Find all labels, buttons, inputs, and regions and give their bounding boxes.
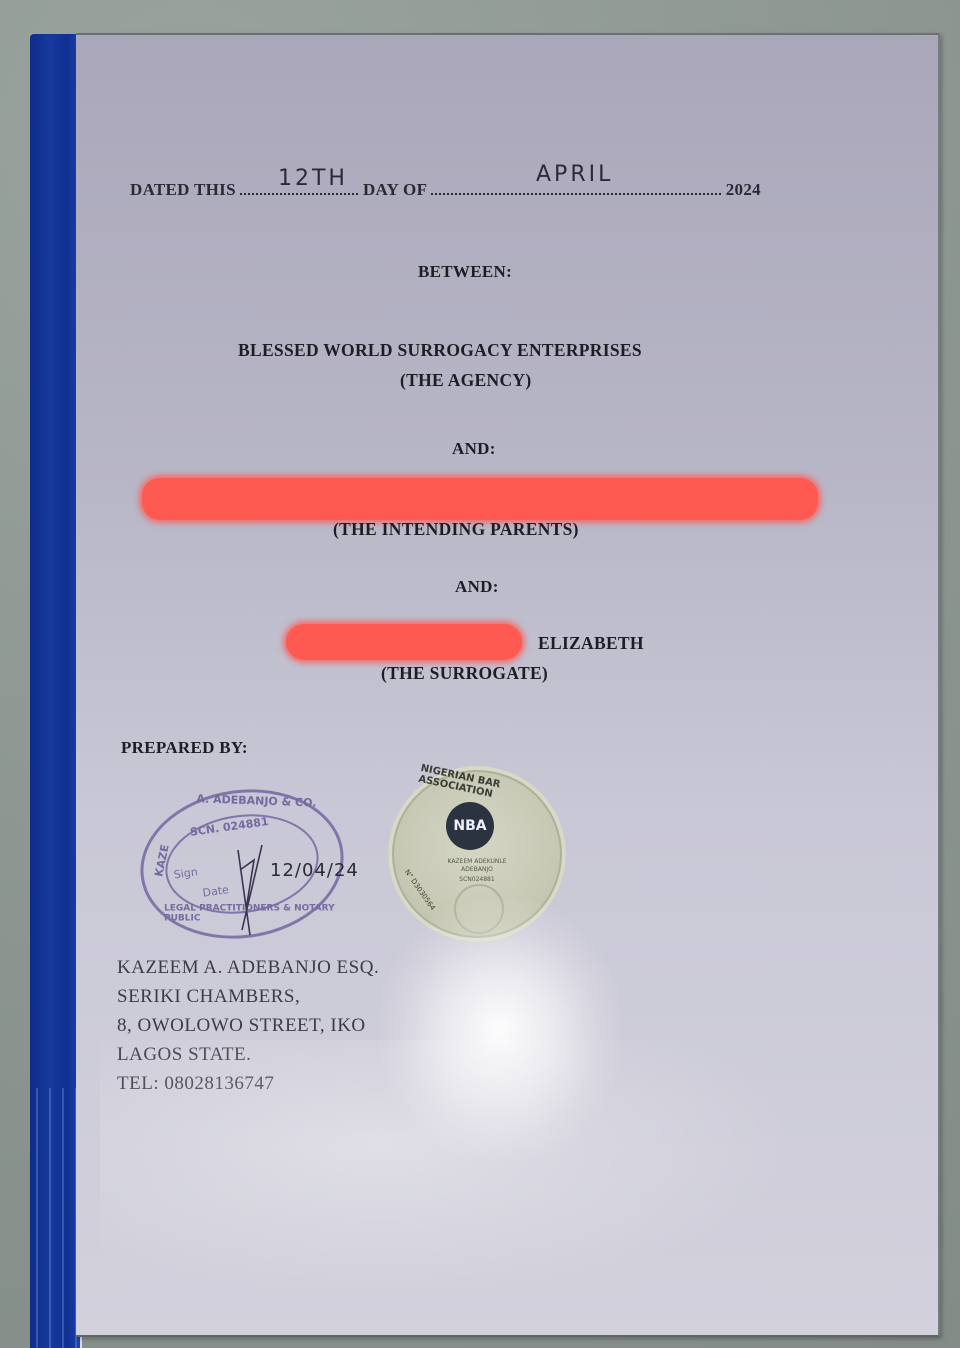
stamp-top-text: A. ADEBANJO & CO. [196, 792, 316, 809]
handwritten-stamp-date: 12/04/24 [270, 860, 359, 881]
party-agency-role: (THE AGENCY) [400, 370, 531, 391]
party-agency-name: BLESSED WORLD SURROGACY ENTERPRISES [238, 340, 642, 361]
prepared-by-label: PREPARED BY: [121, 738, 248, 758]
party-parents-role: (THE INTENDING PARENTS) [333, 519, 579, 540]
document-cover-page [76, 33, 940, 1337]
signature-mark [236, 840, 266, 940]
dated-line: DATED THIS DAY OF 2024 [130, 179, 761, 200]
binding-spine [30, 34, 82, 1348]
party-surrogate-name: ELIZABETH [538, 633, 644, 654]
seal-serial: N° D3030564 [403, 868, 437, 912]
handwritten-month: APRIL [536, 162, 613, 187]
preparer-name: KAZEEM A. ADEBANJO ESQ. [117, 957, 379, 979]
day-of-label: DAY OF [363, 180, 427, 199]
and-label-2: AND: [455, 577, 499, 597]
preparer-state: LAGOS STATE. [117, 1044, 251, 1066]
nba-seal: NIGERIAN BAR ASSOCIATION NBA KAZEEM ADEK… [388, 766, 566, 942]
seal-holder-line1: KAZEEM ADEKUNLE [388, 858, 566, 865]
dated-prefix: DATED THIS [130, 180, 236, 199]
between-label: BETWEEN: [418, 262, 512, 282]
nba-badge: NBA [446, 802, 494, 850]
preparer-street: 8, OWOLOWO STREET, IKO [117, 1015, 366, 1037]
redaction-mark-parents [142, 478, 818, 520]
party-surrogate-role: (THE SURROGATE) [381, 663, 548, 684]
coat-of-arms-emblem [454, 884, 504, 934]
preparer-phone: TEL: 08028136747 [117, 1073, 274, 1095]
preparer-chambers: SERIKI CHAMBERS, [117, 986, 300, 1008]
handwritten-day: 12TH [278, 166, 348, 191]
redaction-mark-surrogate [286, 624, 522, 660]
year: 2024 [726, 180, 761, 199]
and-label-1: AND: [452, 439, 496, 459]
seal-holder-line2: ADEBANJO [388, 866, 566, 873]
